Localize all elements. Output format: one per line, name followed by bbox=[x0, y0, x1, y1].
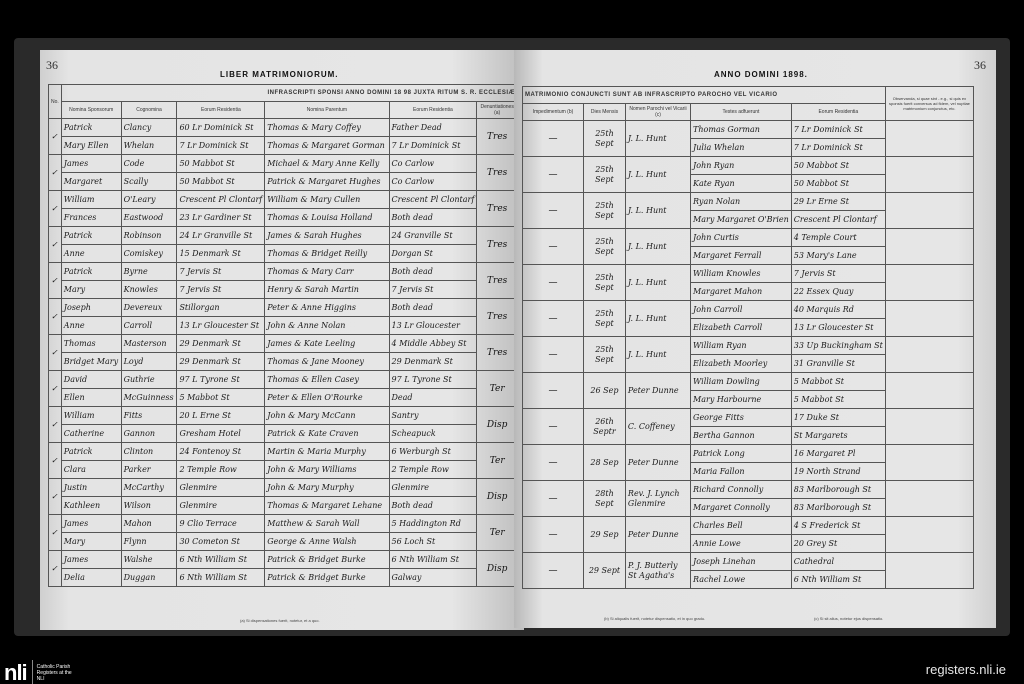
col-header: Impedimentum (b) bbox=[523, 104, 584, 121]
groom-residence: Glenmire bbox=[177, 479, 265, 497]
entry-check: ✓ bbox=[49, 551, 62, 587]
officiating-priest: J. L. Hunt bbox=[625, 157, 690, 193]
register-book: 36 LIBER MATRIMONIORUM. No. INFRASCRIPTI… bbox=[14, 38, 1010, 636]
entry-check: ✓ bbox=[49, 119, 62, 155]
entry-row-bride: AnneComiskey15 Denmark StThomas & Bridge… bbox=[49, 245, 518, 263]
col-header: Dies Mensis bbox=[584, 104, 626, 121]
groom-surname: O'Leary bbox=[121, 191, 177, 209]
entry-row-bride: CatherineGannonGresham HotelPatrick & Ka… bbox=[49, 425, 518, 443]
witness-1-residence: 33 Up Buckingham St bbox=[791, 337, 885, 355]
witness-1: William Dowling bbox=[691, 373, 792, 391]
banns: Tres bbox=[477, 191, 518, 227]
observations bbox=[885, 157, 973, 193]
officiating-priest: P. J. Butterly St Agatha's bbox=[625, 553, 690, 589]
witness-2: Julia Whelan bbox=[691, 139, 792, 157]
impediment: — bbox=[523, 157, 584, 193]
right-page-number: 36 bbox=[974, 58, 986, 73]
witness-2: Maria Fallon bbox=[691, 463, 792, 481]
witness-2: Annie Lowe bbox=[691, 535, 792, 553]
groom-surname: Masterson bbox=[121, 335, 177, 353]
observations bbox=[885, 481, 973, 517]
groom-surname: Code bbox=[121, 155, 177, 173]
marriage-date: 25th Sept bbox=[584, 337, 626, 373]
witness-2-residence: 53 Mary's Lane bbox=[791, 247, 885, 265]
left-page-title: LIBER MATRIMONIORUM. bbox=[220, 70, 339, 79]
bride-name: Anne bbox=[61, 245, 121, 263]
bride-parents: Thomas & Margaret Gorman bbox=[265, 137, 389, 155]
witness-1: William Ryan bbox=[691, 337, 792, 355]
groom-residence: 20 L Erne St bbox=[177, 407, 265, 425]
left-page: 36 LIBER MATRIMONIORUM. No. INFRASCRIPTI… bbox=[40, 50, 524, 630]
witness-1: John Ryan bbox=[691, 157, 792, 175]
groom-parents: Matthew & Sarah Wall bbox=[265, 515, 389, 533]
bride-parents: Peter & Ellen O'Rourke bbox=[265, 389, 389, 407]
bride-parents-residence: Both dead bbox=[389, 497, 477, 515]
ceremony-row: —25th SeptJ. L. HuntWilliam Ryan33 Up Bu… bbox=[523, 337, 974, 355]
groom-residence: 6 Nth William St bbox=[177, 551, 265, 569]
marriage-date: 25th Sept bbox=[584, 157, 626, 193]
ceremony-row: —25th SeptJ. L. HuntJohn Carroll40 Marqu… bbox=[523, 301, 974, 319]
banns: Tres bbox=[477, 263, 518, 299]
bride-parents: Thomas & Bridget Reilly bbox=[265, 245, 389, 263]
left-page-number: 36 bbox=[46, 58, 58, 73]
entry-row-bride: AnneCarroll13 Lr Gloucester StJohn & Ann… bbox=[49, 317, 518, 335]
marriage-date: 25th Sept bbox=[584, 229, 626, 265]
col-header: Eorum Residentia bbox=[177, 102, 265, 119]
col-header: Nomina Sponsorum bbox=[61, 102, 121, 119]
marriage-date: 29 Sept bbox=[584, 553, 626, 589]
bride-surname: Parker bbox=[121, 461, 177, 479]
observations bbox=[885, 229, 973, 265]
marriage-date: 25th Sept bbox=[584, 193, 626, 229]
groom-parents: James & Sarah Hughes bbox=[265, 227, 389, 245]
marriage-date: 25th Sept bbox=[584, 301, 626, 337]
bride-surname: Wilson bbox=[121, 497, 177, 515]
witness-1-residence: 4 Temple Court bbox=[791, 229, 885, 247]
banns: Disp bbox=[477, 407, 518, 443]
site-url: registers.nli.ie bbox=[926, 662, 1006, 677]
observations bbox=[885, 337, 973, 373]
entry-row-bride: EllenMcGuinness5 Mabbot StPeter & Ellen … bbox=[49, 389, 518, 407]
witness-2: Mary Harbourne bbox=[691, 391, 792, 409]
witness-1: Thomas Gorman bbox=[691, 121, 792, 139]
entry-row-bride: Mary EllenWhelan7 Lr Dominick StThomas &… bbox=[49, 137, 518, 155]
groom-parents-residence: Father Dead bbox=[389, 119, 477, 137]
groom-name: Patrick bbox=[61, 263, 121, 281]
witness-1: Patrick Long bbox=[691, 445, 792, 463]
ceremony-row: —25th SeptJ. L. HuntRyan Nolan29 Lr Erne… bbox=[523, 193, 974, 211]
right-page: ANNO DOMINI 1898. 36 MATRIMONIO CONJUNCT… bbox=[514, 50, 996, 628]
observations bbox=[885, 265, 973, 301]
groom-name: Joseph bbox=[61, 299, 121, 317]
col-header: Eorum Residentia bbox=[389, 102, 477, 119]
bride-residence: 23 Lr Gardiner St bbox=[177, 209, 265, 227]
groom-parents: Martin & Maria Murphy bbox=[265, 443, 389, 461]
entry-check: ✓ bbox=[49, 479, 62, 515]
bride-name: Delia bbox=[61, 569, 121, 587]
entry-check: ✓ bbox=[49, 227, 62, 263]
entry-row-bride: MaryKnowles7 Jervis StHenry & Sarah Mart… bbox=[49, 281, 518, 299]
groom-parents: John & Mary McCann bbox=[265, 407, 389, 425]
bride-parents-residence: 29 Denmark St bbox=[389, 353, 477, 371]
officiating-priest: Peter Dunne bbox=[625, 373, 690, 409]
nli-logo-mark: nli bbox=[4, 660, 33, 684]
ceremony-row: —26 SepPeter DunneWilliam Dowling5 Mabbo… bbox=[523, 373, 974, 391]
officiating-priest: J. L. Hunt bbox=[625, 229, 690, 265]
groom-residence: Crescent Pl Clontarf bbox=[177, 191, 265, 209]
bride-residence: Gresham Hotel bbox=[177, 425, 265, 443]
groom-parents-residence: Both dead bbox=[389, 299, 477, 317]
marriage-date: 28th Sept bbox=[584, 481, 626, 517]
witness-2: Bertha Gannon bbox=[691, 427, 792, 445]
observations bbox=[885, 373, 973, 409]
witness-1-residence: 7 Jervis St bbox=[791, 265, 885, 283]
bride-parents-residence: 13 Lr Gloucester bbox=[389, 317, 477, 335]
groom-surname: Clancy bbox=[121, 119, 177, 137]
groom-parents-residence: 4 Middle Abbey St bbox=[389, 335, 477, 353]
bride-parents: George & Anne Walsh bbox=[265, 533, 389, 551]
witness-1-residence: 16 Margaret Pl bbox=[791, 445, 885, 463]
groom-parents-residence: 24 Granville St bbox=[389, 227, 477, 245]
witness-1: Charles Bell bbox=[691, 517, 792, 535]
groom-parents: William & Mary Cullen bbox=[265, 191, 389, 209]
no-header: No. bbox=[49, 85, 62, 119]
witness-2: Elizabeth Moorley bbox=[691, 355, 792, 373]
banns: Tres bbox=[477, 299, 518, 335]
marriage-date: 28 Sep bbox=[584, 445, 626, 481]
groom-name: David bbox=[61, 371, 121, 389]
bride-surname: Whelan bbox=[121, 137, 177, 155]
col-header: Cognomina bbox=[121, 102, 177, 119]
bride-surname: Gannon bbox=[121, 425, 177, 443]
groom-parents: Michael & Mary Anne Kelly bbox=[265, 155, 389, 173]
witness-2-residence: 5 Mabbot St bbox=[791, 391, 885, 409]
witness-1-residence: 17 Duke St bbox=[791, 409, 885, 427]
groom-surname: Robinson bbox=[121, 227, 177, 245]
groom-residence: 24 Lr Granville St bbox=[177, 227, 265, 245]
witness-2: Margaret Ferrall bbox=[691, 247, 792, 265]
entry-row-bride: Bridget MaryLoyd29 Denmark StThomas & Ja… bbox=[49, 353, 518, 371]
marriage-date: 26 Sep bbox=[584, 373, 626, 409]
entry-row-groom: ✓WilliamO'LearyCrescent Pl ClontarfWilli… bbox=[49, 191, 518, 209]
entry-row-groom: ✓JosephDevereuxStillorganPeter & Anne Hi… bbox=[49, 299, 518, 317]
impediment: — bbox=[523, 517, 584, 553]
bride-surname: Eastwood bbox=[121, 209, 177, 227]
witness-1-residence: Cathedral bbox=[791, 553, 885, 571]
entry-row-bride: DeliaDuggan6 Nth William StPatrick & Bri… bbox=[49, 569, 518, 587]
entry-row-groom: ✓PatrickByrne7 Jervis StThomas & Mary Ca… bbox=[49, 263, 518, 281]
bride-parents: Patrick & Bridget Burke bbox=[265, 569, 389, 587]
banns: Tres bbox=[477, 155, 518, 191]
witness-1-residence: 29 Lr Erne St bbox=[791, 193, 885, 211]
witness-1-residence: 83 Marlborough St bbox=[791, 481, 885, 499]
witness-2: Rachel Lowe bbox=[691, 571, 792, 589]
banns: Ter bbox=[477, 443, 518, 479]
bride-parents-residence: Co Carlow bbox=[389, 173, 477, 191]
bride-parents-residence: 56 Loch St bbox=[389, 533, 477, 551]
witness-2: Margaret Connolly bbox=[691, 499, 792, 517]
entry-check: ✓ bbox=[49, 299, 62, 335]
bride-parents: Thomas & Jane Mooney bbox=[265, 353, 389, 371]
bride-parents-residence: Scheapuck bbox=[389, 425, 477, 443]
bride-parents-residence: 2 Temple Row bbox=[389, 461, 477, 479]
bride-parents: Patrick & Kate Craven bbox=[265, 425, 389, 443]
officiating-priest: J. L. Hunt bbox=[625, 193, 690, 229]
bride-parents-residence: Both dead bbox=[389, 209, 477, 227]
col-header: Denuntiationes (a) bbox=[477, 102, 518, 119]
groom-residence: 9 Clio Terrace bbox=[177, 515, 265, 533]
officiating-priest: C. Coffeney bbox=[625, 409, 690, 445]
witness-1-residence: 4 S Frederick St bbox=[791, 517, 885, 535]
witness-1-residence: 7 Lr Dominick St bbox=[791, 121, 885, 139]
entry-row-groom: ✓DavidGuthrie97 L Tyrone StThomas & Elle… bbox=[49, 371, 518, 389]
ceremony-row: —29 SeptP. J. Butterly St Agatha'sJoseph… bbox=[523, 553, 974, 571]
observations bbox=[885, 409, 973, 445]
witness-1: John Curtis bbox=[691, 229, 792, 247]
bride-residence: 6 Nth William St bbox=[177, 569, 265, 587]
bride-surname: Comiskey bbox=[121, 245, 177, 263]
bride-parents: Patrick & Margaret Hughes bbox=[265, 173, 389, 191]
ceremony-row: —25th SeptJ. L. HuntJohn Ryan50 Mabbot S… bbox=[523, 157, 974, 175]
entry-row-bride: FrancesEastwood23 Lr Gardiner StThomas &… bbox=[49, 209, 518, 227]
entry-check: ✓ bbox=[49, 335, 62, 371]
observations bbox=[885, 301, 973, 337]
impediment: — bbox=[523, 409, 584, 445]
groom-residence: 29 Denmark St bbox=[177, 335, 265, 353]
officiating-priest: Peter Dunne bbox=[625, 517, 690, 553]
entry-row-bride: MaryFlynn30 Cometon StGeorge & Anne Wals… bbox=[49, 533, 518, 551]
banns: Ter bbox=[477, 515, 518, 551]
witness-2-residence: 50 Mabbot St bbox=[791, 175, 885, 193]
witness-2-residence: 13 Lr Gloucester St bbox=[791, 319, 885, 337]
observations-header: Observanda, si quae sint - e.g., si quis… bbox=[885, 87, 973, 121]
marriage-date: 29 Sep bbox=[584, 517, 626, 553]
witness-2-residence: Crescent Pl Clontarf bbox=[791, 211, 885, 229]
groom-surname: McCarthy bbox=[121, 479, 177, 497]
impediment: — bbox=[523, 229, 584, 265]
entry-row-groom: ✓PatrickRobinson24 Lr Granville StJames … bbox=[49, 227, 518, 245]
bride-name: Mary bbox=[61, 533, 121, 551]
groom-parents-residence: Co Carlow bbox=[389, 155, 477, 173]
witness-1-residence: 40 Marquis Rd bbox=[791, 301, 885, 319]
witness-1-residence: 5 Mabbot St bbox=[791, 373, 885, 391]
witness-2-residence: 22 Essex Quay bbox=[791, 283, 885, 301]
observations bbox=[885, 121, 973, 157]
witness-2: Mary Margaret O'Brien bbox=[691, 211, 792, 229]
officiating-priest: J. L. Hunt bbox=[625, 265, 690, 301]
entry-row-groom: ✓WilliamFitts20 L Erne StJohn & Mary McC… bbox=[49, 407, 518, 425]
banns: Tres bbox=[477, 119, 518, 155]
entry-row-groom: ✓JamesCode50 Mabbot StMichael & Mary Ann… bbox=[49, 155, 518, 173]
groom-surname: Walshe bbox=[121, 551, 177, 569]
officiating-priest: Peter Dunne bbox=[625, 445, 690, 481]
witness-2-residence: 6 Nth William St bbox=[791, 571, 885, 589]
witness-2-residence: 7 Lr Dominick St bbox=[791, 139, 885, 157]
bride-name: Anne bbox=[61, 317, 121, 335]
entry-row-groom: ✓PatrickClancy60 Lr Dominick StThomas & … bbox=[49, 119, 518, 137]
officiating-priest: J. L. Hunt bbox=[625, 337, 690, 373]
entry-row-groom: ✓JamesMahon9 Clio TerraceMatthew & Sarah… bbox=[49, 515, 518, 533]
witness-1: John Carroll bbox=[691, 301, 792, 319]
bride-residence: 5 Mabbot St bbox=[177, 389, 265, 407]
witness-1: William Knowles bbox=[691, 265, 792, 283]
bride-residence: 29 Denmark St bbox=[177, 353, 265, 371]
groom-name: Patrick bbox=[61, 227, 121, 245]
groom-surname: Clinton bbox=[121, 443, 177, 461]
bride-name: Clara bbox=[61, 461, 121, 479]
groom-surname: Mahon bbox=[121, 515, 177, 533]
groom-parents: Peter & Anne Higgins bbox=[265, 299, 389, 317]
officiating-priest: J. L. Hunt bbox=[625, 301, 690, 337]
groom-name: Patrick bbox=[61, 443, 121, 461]
entry-row-bride: MargaretScally50 Mabbot StPatrick & Marg… bbox=[49, 173, 518, 191]
entry-check: ✓ bbox=[49, 443, 62, 479]
bride-residence: 15 Denmark St bbox=[177, 245, 265, 263]
officiating-priest: Rev. J. Lynch Glenmire bbox=[625, 481, 690, 517]
col-header: Nomina Parentum bbox=[265, 102, 389, 119]
bride-name: Frances bbox=[61, 209, 121, 227]
banns: Tres bbox=[477, 335, 518, 371]
bride-parents: Thomas & Margaret Lehane bbox=[265, 497, 389, 515]
bride-residence: 7 Lr Dominick St bbox=[177, 137, 265, 155]
bride-parents: John & Anne Nolan bbox=[265, 317, 389, 335]
ceremony-row: —28th SeptRev. J. Lynch GlenmireRichard … bbox=[523, 481, 974, 499]
witness-2-residence: 83 Marlborough St bbox=[791, 499, 885, 517]
bride-surname: Knowles bbox=[121, 281, 177, 299]
bride-surname: McGuinness bbox=[121, 389, 177, 407]
groom-parents: Thomas & Mary Coffey bbox=[265, 119, 389, 137]
witness-2: Elizabeth Carroll bbox=[691, 319, 792, 337]
groom-surname: Fitts bbox=[121, 407, 177, 425]
groom-residence: 50 Mabbot St bbox=[177, 155, 265, 173]
bride-name: Catherine bbox=[61, 425, 121, 443]
groom-parents-residence: Crescent Pl Clontarf bbox=[389, 191, 477, 209]
impediment: — bbox=[523, 481, 584, 517]
bride-name: Ellen bbox=[61, 389, 121, 407]
entry-row-bride: ClaraParker2 Temple RowJohn & Mary Willi… bbox=[49, 461, 518, 479]
witness-2-residence: 19 North Strand bbox=[791, 463, 885, 481]
marriage-date: 25th Sept bbox=[584, 265, 626, 301]
entry-check: ✓ bbox=[49, 371, 62, 407]
impediment: — bbox=[523, 337, 584, 373]
impediment: — bbox=[523, 445, 584, 481]
bride-parents: John & Mary Williams bbox=[265, 461, 389, 479]
groom-name: James bbox=[61, 155, 121, 173]
bride-residence: 7 Jervis St bbox=[177, 281, 265, 299]
marriage-register-left: No. INFRASCRIPTI SPONSI ANNO DOMINI 18 9… bbox=[48, 84, 518, 587]
entry-check: ✓ bbox=[49, 155, 62, 191]
banns: Disp bbox=[477, 479, 518, 515]
observations bbox=[885, 445, 973, 481]
witness-1-residence: 50 Mabbot St bbox=[791, 157, 885, 175]
bride-name: Bridget Mary bbox=[61, 353, 121, 371]
ceremony-row: —29 SepPeter DunneCharles Bell4 S Freder… bbox=[523, 517, 974, 535]
bride-parents: Thomas & Louisa Holland bbox=[265, 209, 389, 227]
banns: Ter bbox=[477, 371, 518, 407]
groom-parents: Thomas & Ellen Casey bbox=[265, 371, 389, 389]
bride-parents-residence: Dorgan St bbox=[389, 245, 477, 263]
observations bbox=[885, 553, 973, 589]
witness-1: Ryan Nolan bbox=[691, 193, 792, 211]
bride-residence: 2 Temple Row bbox=[177, 461, 265, 479]
marriage-register-right: MATRIMONIO CONJUNCTI SUNT AB INFRASCRIPT… bbox=[522, 86, 974, 589]
observations bbox=[885, 517, 973, 553]
witness-1: Joseph Linehan bbox=[691, 553, 792, 571]
bride-parents-residence: 7 Lr Dominick St bbox=[389, 137, 477, 155]
left-footnote: (a) Si dispensationes fuerit, notetur, e… bbox=[240, 618, 320, 623]
bride-name: Margaret bbox=[61, 173, 121, 191]
entry-row-groom: ✓PatrickClinton24 Fontenoy StMartin & Ma… bbox=[49, 443, 518, 461]
groom-residence: 24 Fontenoy St bbox=[177, 443, 265, 461]
groom-name: James bbox=[61, 551, 121, 569]
bride-parents: Henry & Sarah Martin bbox=[265, 281, 389, 299]
bride-parents-residence: Dead bbox=[389, 389, 477, 407]
groom-parents-residence: Both dead bbox=[389, 263, 477, 281]
groom-parents-residence: 5 Haddington Rd bbox=[389, 515, 477, 533]
bride-name: Kathleen bbox=[61, 497, 121, 515]
witness-2-residence: St Margarets bbox=[791, 427, 885, 445]
groom-parents: Thomas & Mary Carr bbox=[265, 263, 389, 281]
witness-2-residence: 20 Grey St bbox=[791, 535, 885, 553]
witness-1: George Fitts bbox=[691, 409, 792, 427]
banns: Tres bbox=[477, 227, 518, 263]
groom-parents-residence: 6 Nth William St bbox=[389, 551, 477, 569]
impediment: — bbox=[523, 265, 584, 301]
groom-residence: 7 Jervis St bbox=[177, 263, 265, 281]
impediment: — bbox=[523, 301, 584, 337]
right-footnote-c: (c) Si sit alius, notetur ejus dispensat… bbox=[814, 616, 883, 621]
entry-check: ✓ bbox=[49, 407, 62, 443]
officiating-priest: J. L. Hunt bbox=[625, 121, 690, 157]
col-header: Nomen Parochi vel Vicarii (c) bbox=[625, 104, 690, 121]
groom-surname: Byrne bbox=[121, 263, 177, 281]
groom-parents: James & Kate Leeling bbox=[265, 335, 389, 353]
bride-surname: Scally bbox=[121, 173, 177, 191]
ceremony-row: —25th SeptJ. L. HuntThomas Gorman7 Lr Do… bbox=[523, 121, 974, 139]
witness-2: Margaret Mahon bbox=[691, 283, 792, 301]
groom-parents: Patrick & Bridget Burke bbox=[265, 551, 389, 569]
bride-surname: Flynn bbox=[121, 533, 177, 551]
ceremony-row: —25th SeptJ. L. HuntJohn Curtis4 Temple … bbox=[523, 229, 974, 247]
entry-row-groom: ✓JamesWalshe6 Nth William StPatrick & Br… bbox=[49, 551, 518, 569]
right-footnote-b: (b) Si aliqualis fuerit, notetur dispens… bbox=[604, 616, 705, 621]
bride-name: Mary bbox=[61, 281, 121, 299]
bride-parents-residence: Galway bbox=[389, 569, 477, 587]
right-page-title: ANNO DOMINI 1898. bbox=[714, 70, 808, 79]
nli-logo-subtitle: Catholic Parish Registers at the NLI bbox=[33, 664, 81, 682]
col-header: Testes adfuerunt bbox=[691, 104, 792, 121]
bride-residence: Glenmire bbox=[177, 497, 265, 515]
groom-name: Justin bbox=[61, 479, 121, 497]
witness-2-residence: 31 Granville St bbox=[791, 355, 885, 373]
nli-logo: nli Catholic Parish Registers at the NLI bbox=[4, 660, 81, 684]
groom-parents-residence: Glenmire bbox=[389, 479, 477, 497]
groom-surname: Devereux bbox=[121, 299, 177, 317]
entry-row-groom: ✓ThomasMasterson29 Denmark StJames & Kat… bbox=[49, 335, 518, 353]
entry-check: ✓ bbox=[49, 515, 62, 551]
groom-name: William bbox=[61, 407, 121, 425]
ceremony-row: —28 SepPeter DunnePatrick Long16 Margare… bbox=[523, 445, 974, 463]
bride-residence: 13 Lr Gloucester St bbox=[177, 317, 265, 335]
groom-residence: 97 L Tyrone St bbox=[177, 371, 265, 389]
marriage-date: 25th Sept bbox=[584, 121, 626, 157]
banns: Disp bbox=[477, 551, 518, 587]
groom-parents-residence: 97 L Tyrone St bbox=[389, 371, 477, 389]
bride-residence: 30 Cometon St bbox=[177, 533, 265, 551]
entry-row-groom: ✓JustinMcCarthyGlenmireJohn & Mary Murph… bbox=[49, 479, 518, 497]
witness-2: Kate Ryan bbox=[691, 175, 792, 193]
marriage-date: 26th Septr bbox=[584, 409, 626, 445]
